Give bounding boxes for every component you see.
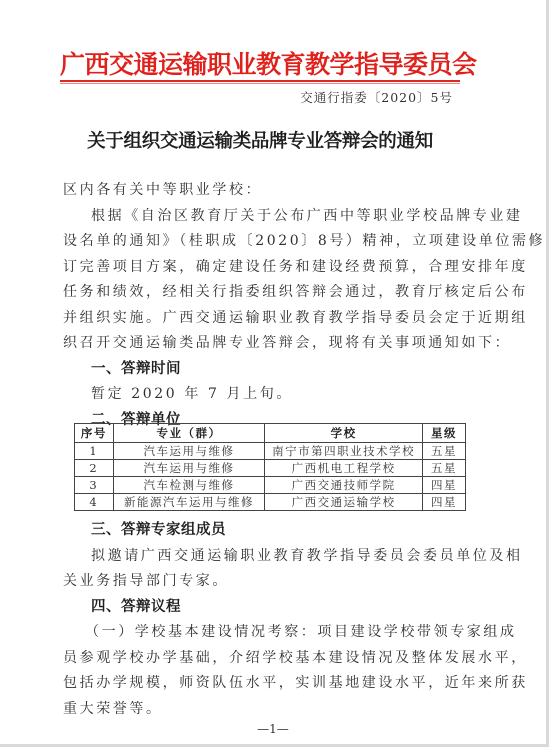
section-heading-time: 一、答辩时间 [63, 357, 463, 383]
paragraph-line: 并组织实施。广西交通运输职业教育教学指导委员会定于近期组 [63, 306, 463, 332]
cell-number: 2 [75, 460, 114, 477]
cell-star-level: 四星 [423, 477, 466, 494]
paragraph-line: 员参观学校办学基础，介绍学校基本建设情况及整体发展水平， [63, 646, 463, 672]
cell-school: 南宁市第四职业技术学校 [265, 443, 423, 460]
document-number: 交通行指委〔2020〕5号 [300, 88, 453, 106]
cell-school: 广西机电工程学校 [265, 460, 423, 477]
page-number: —1— [0, 722, 546, 736]
cell-major: 汽车检测与维修 [113, 477, 265, 494]
cell-number: 1 [75, 443, 114, 460]
salutation: 区内各有关中等职业学校： [63, 178, 463, 204]
table-row: 1 汽车运用与维修 南宁市第四职业技术学校 五星 [75, 443, 466, 460]
cell-major: 汽车运用与维修 [113, 443, 265, 460]
section-text-time: 暂定 2020 年 7 月上旬。 [63, 382, 463, 408]
document-body-bottom: 三、答辩专家组成员 拟邀请广西交通运输职业教育教学指导委员会委员单位及相 关业务… [63, 518, 463, 722]
cell-number: 4 [75, 494, 114, 511]
paragraph-line: 设名单的通知》（桂职成〔2020〕8号）精神，立项建设单位需修 [63, 229, 463, 255]
section-heading-experts: 三、答辩专家组成员 [63, 518, 463, 544]
header-red-rule [60, 80, 460, 82]
paragraph-line: 根据《自治区教育厅关于公布广西中等职业学校品牌专业建 [63, 204, 463, 230]
paragraph-line: 关业务指导部门专家。 [63, 569, 463, 595]
section-heading-agenda: 四、答辩议程 [63, 595, 463, 621]
header-red-rule-thin [60, 83, 460, 84]
column-header-major: 专业（群） [113, 424, 265, 443]
paragraph-line: 订完善项目方案，确定建设任务和建设经费预算，合理安排年度 [63, 255, 463, 281]
defense-units-table: 序号 专业（群） 学校 星级 1 汽车运用与维修 南宁市第四职业技术学校 五星 … [74, 423, 466, 511]
paragraph-line: 包括办学规模，师资队伍水平，实训基地建设水平，近年来所获 [63, 671, 463, 697]
table-row: 2 汽车运用与维修 广西机电工程学校 五星 [75, 460, 466, 477]
cell-star-level: 五星 [423, 460, 466, 477]
cell-number: 3 [75, 477, 114, 494]
paragraph-line: 任务和绩效，经相关行指委组织答辩会通过，教育厅核定后公布 [63, 280, 463, 306]
cell-major: 汽车运用与维修 [113, 460, 265, 477]
table-header-row: 序号 专业（群） 学校 星级 [75, 424, 466, 443]
table-row: 3 汽车检测与维修 广西交通技师学院 四星 [75, 477, 466, 494]
organization-header: 广西交通运输职业教育教学指导委员会 [60, 50, 460, 80]
paragraph-line: 织召开交通运输类品牌专业答辩会，现将有关事项通知如下： [63, 331, 463, 357]
cell-school: 广西交通技师学院 [265, 477, 423, 494]
cell-major: 新能源汽车运用与维修 [113, 494, 265, 511]
table-row: 4 新能源汽车运用与维修 广西交通运输学校 四星 [75, 494, 466, 511]
column-header-star-level: 星级 [423, 424, 466, 443]
document-body-top: 区内各有关中等职业学校： 根据《自治区教育厅关于公布广西中等职业学校品牌专业建 … [63, 178, 463, 433]
paragraph-line: 重大荣誉等。 [63, 697, 463, 723]
column-header-number: 序号 [75, 424, 114, 443]
cell-star-level: 五星 [423, 443, 466, 460]
document-page: 广西交通运输职业教育教学指导委员会 交通行指委〔2020〕5号 关于组织交通运输… [0, 0, 549, 747]
cell-star-level: 四星 [423, 494, 466, 511]
document-title: 关于组织交通运输类品牌专业答辩会的通知 [60, 127, 460, 153]
paragraph-line: （一）学校基本建设情况考察：项目建设学校带领专家组成 [63, 620, 463, 646]
cell-school: 广西交通运输学校 [265, 494, 423, 511]
paragraph-line: 拟邀请广西交通运输职业教育教学指导委员会委员单位及相 [63, 544, 463, 570]
column-header-school: 学校 [265, 424, 423, 443]
